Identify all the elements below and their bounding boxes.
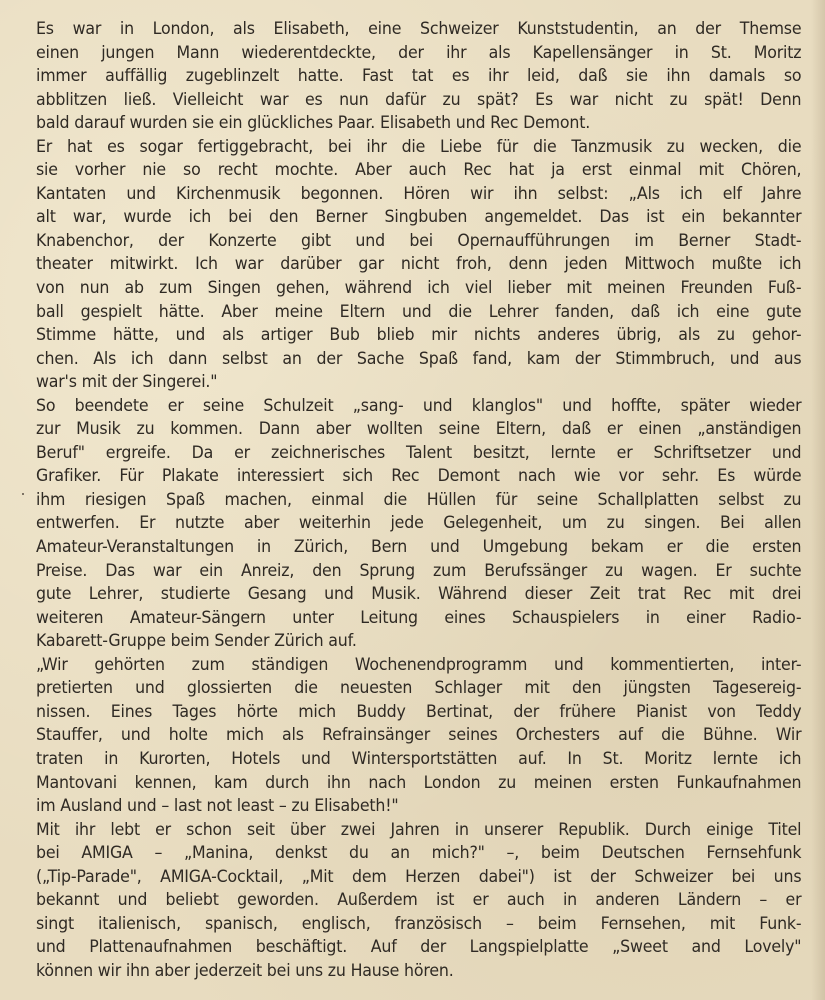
text-line: („Tip-Parade", AMIGA-Cocktail, „Mit dem … <box>36 866 801 890</box>
text-line: Er hat es sogar fertiggebracht, bei ihr … <box>36 136 801 160</box>
text-line: im Ausland und – last not least – zu Eli… <box>36 795 801 819</box>
text-line: sie vorher nie so recht mochte. Aber auc… <box>36 159 801 183</box>
text-line: bald darauf wurden sie ein glückliches P… <box>36 112 801 136</box>
text-line: Stimme hätte, und als artiger Bub blieb … <box>36 324 801 348</box>
text-line: können wir ihn aber jederzeit bei uns zu… <box>36 960 801 984</box>
text-line: Amateur-Veranstaltungen in Zürich, Bern … <box>36 536 801 560</box>
print-speck <box>22 493 24 495</box>
text-line: bekannt und beliebt geworden. Außerdem i… <box>36 889 801 913</box>
text-line: singt italienisch, spanisch, englisch, f… <box>36 913 801 937</box>
article-text: Es war in London, als Elisabeth, eine Sc… <box>36 18 802 983</box>
text-line: Kantaten und Kirchenmusik begonnen. Höre… <box>36 183 801 207</box>
text-line: ball gespielt hätte. Aber meine Eltern u… <box>36 301 801 325</box>
paragraph: Er hat es sogar fertiggebracht, bei ihr … <box>36 136 802 395</box>
text-line: weiteren Amateur-Sängern unter Leitung e… <box>36 607 801 631</box>
text-line: einen jungen Mann wiederentdeckte, der i… <box>36 42 801 66</box>
text-line: entwerfen. Er nutzte aber weiterhin jede… <box>36 512 801 536</box>
text-line: So beendete er seine Schulzeit „sang- un… <box>36 395 801 419</box>
paragraph: So beendete er seine Schulzeit „sang- un… <box>36 395 802 654</box>
text-line: „Wir gehörten zum ständigen Wochenendpro… <box>36 654 801 678</box>
text-line: nissen. Eines Tages hörte mich Buddy Ber… <box>36 701 801 725</box>
paragraph: „Wir gehörten zum ständigen Wochenendpro… <box>36 654 802 819</box>
text-line: ihm riesigen Spaß machen, einmal die Hül… <box>36 489 801 513</box>
text-line: und Plattenaufnahmen beschäftigt. Auf de… <box>36 936 801 960</box>
text-line: theater mitwirkt. Ich war darüber gar ni… <box>36 253 801 277</box>
text-line: gute Lehrer, studierte Gesang und Musik.… <box>36 583 801 607</box>
text-line: war's mit der Singerei." <box>36 371 801 395</box>
text-line: Stauffer, und holte mich als Refrainsäng… <box>36 724 801 748</box>
text-line: zur Musik zu kommen. Dann aber wollten s… <box>36 418 801 442</box>
text-line: bei AMIGA – „Manina, denkst du an mich?"… <box>36 842 801 866</box>
text-line: Beruf" ergreife. Da er zeichnerisches Ta… <box>36 442 801 466</box>
text-line: chen. Als ich dann selbst an der Sache S… <box>36 348 801 372</box>
text-line: immer auffällig zugeblinzelt hatte. Fast… <box>36 65 801 89</box>
text-line: alt war, wurde ich bei den Berner Singbu… <box>36 206 801 230</box>
text-line: pretierten und glossierten die neuesten … <box>36 677 801 701</box>
text-line: abblitzen ließ. Vielleicht war es nun da… <box>36 89 801 113</box>
paragraph: Mit ihr lebt er schon seit über zwei Jah… <box>36 819 802 984</box>
text-line: Preise. Das war ein Anreiz, den Sprung z… <box>36 560 801 584</box>
text-line: Mit ihr lebt er schon seit über zwei Jah… <box>36 819 801 843</box>
paragraph: Es war in London, als Elisabeth, eine Sc… <box>36 18 802 136</box>
page-edge-shadow <box>811 0 825 1000</box>
text-line: Grafiker. Für Plakate interessiert sich … <box>36 465 801 489</box>
text-line: Kabarett-Gruppe beim Sender Zürich auf. <box>36 630 801 654</box>
text-line: Mantovani kennen, kam durch ihn nach Lon… <box>36 772 801 796</box>
text-line: Knabenchor, der Konzerte gibt und bei Op… <box>36 230 801 254</box>
text-line: von nun ab zum Singen gehen, während ich… <box>36 277 801 301</box>
text-line: traten in Kurorten, Hotels und Winterspo… <box>36 748 801 772</box>
text-line: Es war in London, als Elisabeth, eine Sc… <box>36 18 801 42</box>
